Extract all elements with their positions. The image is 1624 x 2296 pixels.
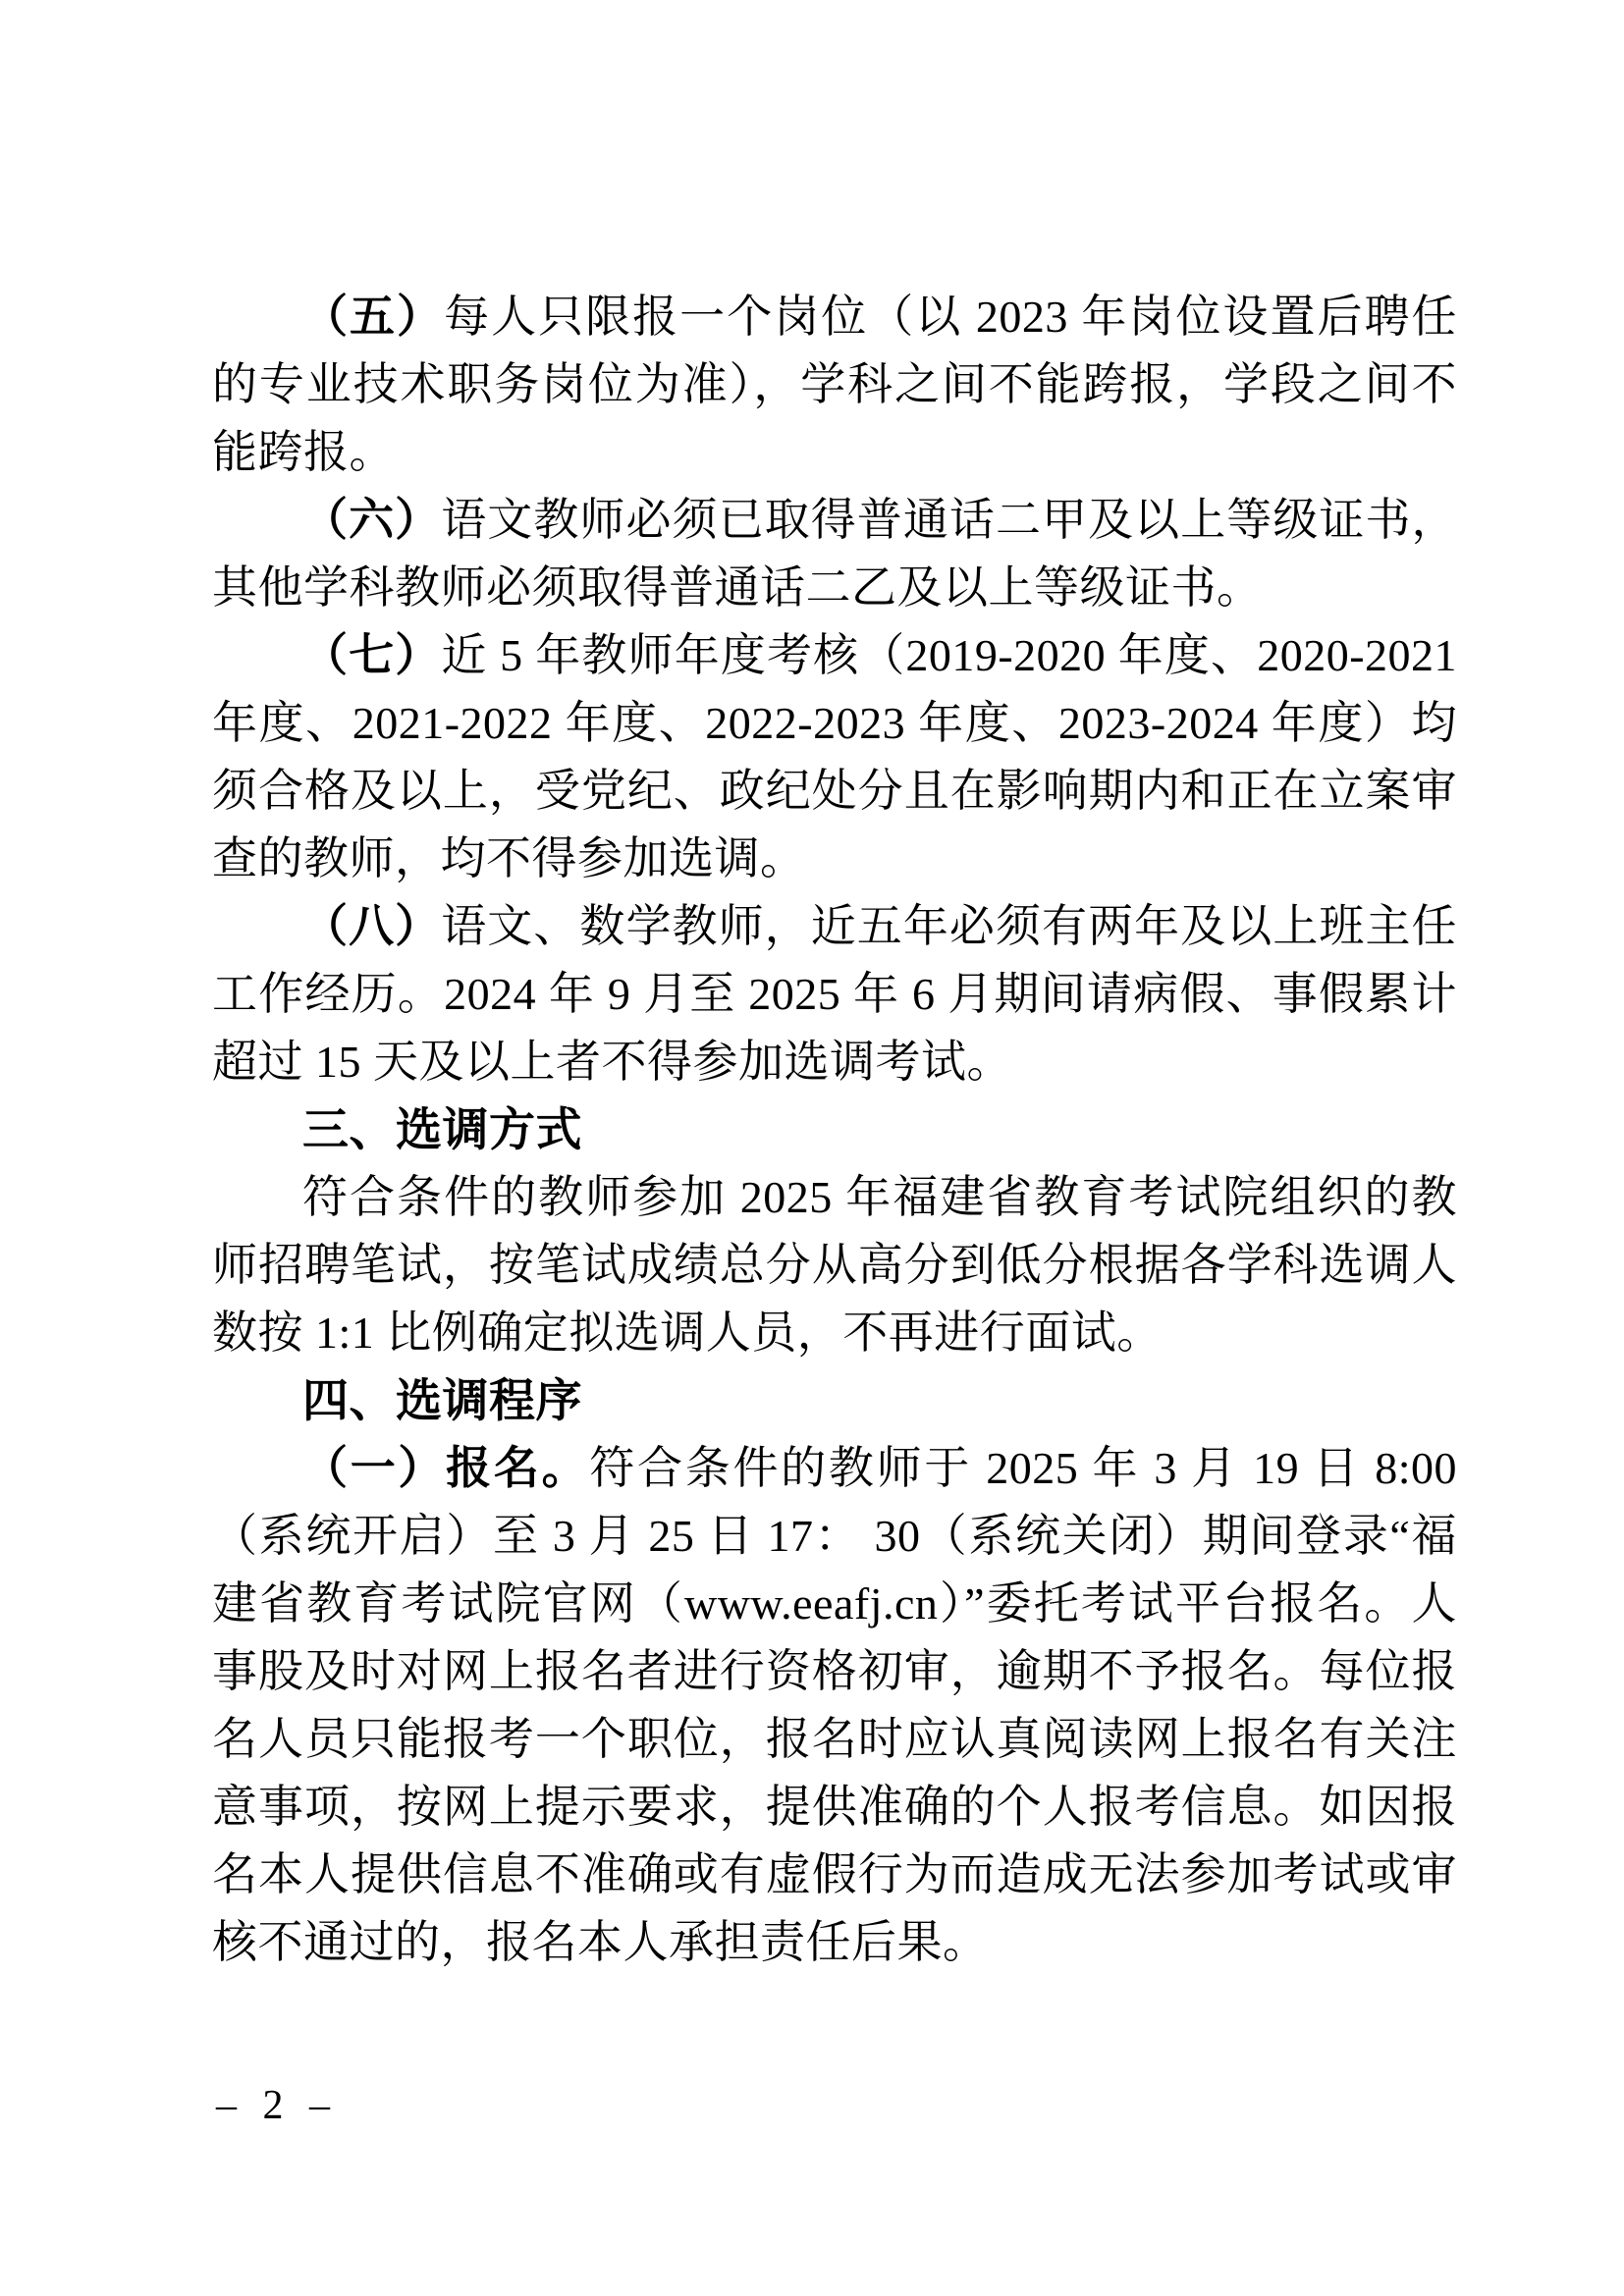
paragraph: 符合条件的教师参加 2025 年福建省教育考试院组织的教师招聘笔试，按笔试成绩总… <box>212 1163 1457 1366</box>
paragraph: （七）近 5 年教师年度考核（2019-2020 年度、2020-2021 年度… <box>212 621 1457 892</box>
paragraph: （五）每人只限报一个岗位（以 2023 年岗位设置后聘任的专业技术职务岗位为准）… <box>212 283 1457 486</box>
paragraph: （一）报名。符合条件的教师于 2025 年 3 月 19 日 8:00（系统开启… <box>212 1434 1457 1976</box>
paragraph-lead: （五） <box>302 292 444 342</box>
paragraph-lead: （七） <box>302 630 441 680</box>
heading-text: 四、选调程序 <box>302 1374 582 1426</box>
page-number: – 2 – <box>216 2083 334 2128</box>
paragraph-text: 符合条件的教师参加 2025 年福建省教育考试院组织的教师招聘笔试，按笔试成绩总… <box>212 1172 1457 1358</box>
paragraph-lead: （八） <box>302 901 441 951</box>
document-body: （五）每人只限报一个岗位（以 2023 年岗位设置后聘任的专业技术职务岗位为准）… <box>212 283 1457 1976</box>
paragraph-lead: （六） <box>302 495 441 545</box>
section-heading: 四、选调程序 <box>212 1366 1457 1434</box>
heading-text: 三、选调方式 <box>302 1103 582 1155</box>
paragraph-lead: （一）报名。 <box>302 1443 589 1493</box>
paragraph: （六）语文教师必须已取得普通话二甲及以上等级证书，其他学科教师必须取得普通话二乙… <box>212 486 1457 621</box>
paragraph: （八）语文、数学教师，近五年必须有两年及以上班主任工作经历。2024 年 9 月… <box>212 892 1457 1095</box>
section-heading: 三、选调方式 <box>212 1095 1457 1163</box>
paragraph-text: 符合条件的教师于 2025 年 3 月 19 日 8:00（系统开启）至 3 月… <box>212 1443 1457 1967</box>
document-page: （五）每人只限报一个岗位（以 2023 年岗位设置后聘任的专业技术职务岗位为准）… <box>0 0 1624 2296</box>
